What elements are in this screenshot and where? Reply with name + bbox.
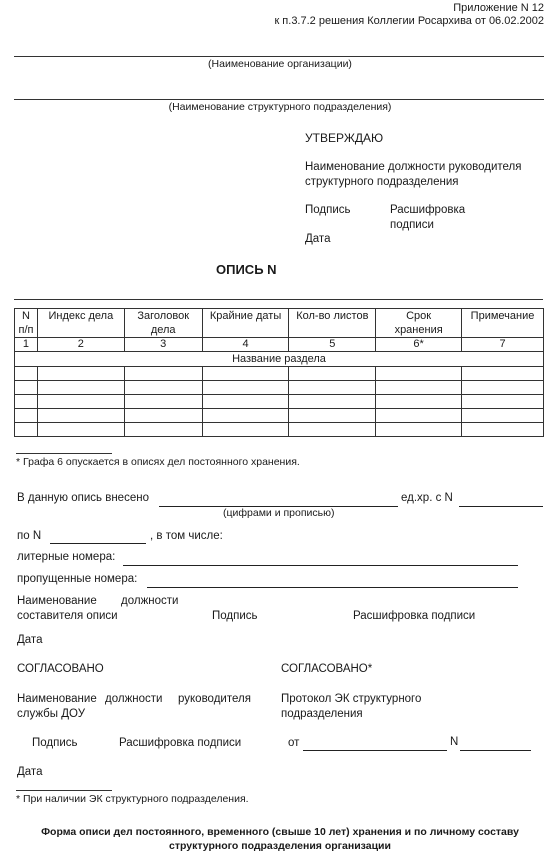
approve-position-line2: структурного подразделения bbox=[305, 176, 458, 188]
compiler-date-label: Дата bbox=[17, 634, 42, 646]
protocol-date-field[interactable] bbox=[303, 738, 447, 751]
table-cell[interactable] bbox=[462, 409, 544, 423]
table-cell[interactable] bbox=[15, 423, 38, 437]
agreed-left-pos-line2: службы ДОУ bbox=[17, 708, 85, 720]
table-cell[interactable] bbox=[15, 409, 38, 423]
footnote-column6: * Графа 6 опускается в описях дел постоя… bbox=[16, 456, 300, 468]
table-cell[interactable] bbox=[37, 409, 124, 423]
agreed-left-pos-word2: должности bbox=[105, 693, 162, 705]
table-cell[interactable] bbox=[15, 381, 38, 395]
compiler-position-word1: Наименование bbox=[17, 595, 97, 607]
including-label: , в том числе: bbox=[150, 530, 223, 542]
agreed-left-signature-label: Подпись bbox=[32, 737, 78, 749]
units-from-label: ед.хр. с N bbox=[401, 492, 453, 504]
table-cell[interactable] bbox=[462, 395, 544, 409]
missed-numbers-field[interactable] bbox=[147, 575, 518, 588]
table-cell[interactable] bbox=[15, 395, 38, 409]
compiler-position-word2: должности bbox=[121, 595, 178, 607]
unit-name-caption: (Наименование структурного подразделения… bbox=[0, 101, 560, 113]
table-cell[interactable] bbox=[124, 409, 202, 423]
table-cell[interactable] bbox=[202, 381, 289, 395]
compiler-position-line2: составителя описи bbox=[17, 610, 118, 622]
agreed-left-pos-word1: Наименование bbox=[17, 693, 97, 705]
column-number: 4 bbox=[202, 338, 289, 352]
table-cell[interactable] bbox=[289, 423, 376, 437]
footnote-separator bbox=[16, 453, 112, 454]
table-cell[interactable] bbox=[202, 409, 289, 423]
column-number: 1 bbox=[15, 338, 38, 352]
protocol-number-label: N bbox=[450, 736, 458, 748]
document-title: ОПИСЬ N bbox=[216, 262, 277, 277]
table-cell[interactable] bbox=[124, 367, 202, 381]
table-cell[interactable] bbox=[15, 367, 38, 381]
table-cell[interactable] bbox=[202, 395, 289, 409]
protocol-line2: подразделения bbox=[281, 708, 363, 720]
to-number-label: по N bbox=[17, 530, 41, 542]
table-cell[interactable] bbox=[376, 367, 462, 381]
column-number: 2 bbox=[37, 338, 124, 352]
table-header-row: Nп/п Индекс дела Заголовокдела Крайние д… bbox=[15, 309, 544, 338]
appendix-reference: к п.3.7.2 решения Коллегии Росархива от … bbox=[274, 15, 544, 27]
section-row: Название раздела bbox=[15, 352, 544, 367]
agreed-left-title: СОГЛАСОВАНО bbox=[17, 663, 104, 675]
table-row bbox=[15, 381, 544, 395]
table-cell[interactable] bbox=[124, 381, 202, 395]
section-title: Название раздела bbox=[15, 352, 544, 367]
empty-rows bbox=[15, 367, 544, 437]
table-cell[interactable] bbox=[37, 423, 124, 437]
agreed-left-decoding-label: Расшифровка подписи bbox=[119, 737, 241, 749]
approve-date-label: Дата bbox=[305, 233, 330, 245]
table-cell[interactable] bbox=[37, 395, 124, 409]
entered-caption: (цифрами и прописью) bbox=[223, 507, 335, 519]
table-cell[interactable] bbox=[376, 381, 462, 395]
column-number: 7 bbox=[462, 338, 544, 352]
entered-label: В данную опись внесено bbox=[17, 492, 149, 504]
title-underline bbox=[14, 299, 543, 300]
column-number: 6* bbox=[376, 338, 462, 352]
table-cell[interactable] bbox=[462, 367, 544, 381]
table-row bbox=[15, 367, 544, 381]
approve-position-line1: Наименование должности руководителя bbox=[305, 161, 521, 173]
inventory-table: Nп/п Индекс дела Заголовокдела Крайние д… bbox=[14, 308, 544, 437]
entered-count-field[interactable] bbox=[159, 494, 398, 507]
table-cell[interactable] bbox=[124, 395, 202, 409]
form-title-line1: Форма описи дел постоянного, временного … bbox=[0, 826, 560, 838]
approve-signature-label: Подпись bbox=[305, 204, 351, 216]
missed-numbers-label: пропущенные номера: bbox=[17, 573, 137, 585]
protocol-number-field[interactable] bbox=[460, 738, 531, 751]
table-cell[interactable] bbox=[376, 423, 462, 437]
table-row bbox=[15, 409, 544, 423]
table-cell[interactable] bbox=[376, 409, 462, 423]
table-cell[interactable] bbox=[202, 423, 289, 437]
units-from-field[interactable] bbox=[459, 494, 543, 507]
table-cell[interactable] bbox=[462, 423, 544, 437]
table-cell[interactable] bbox=[202, 367, 289, 381]
unit-name-line[interactable] bbox=[14, 99, 544, 100]
table-cell[interactable] bbox=[289, 367, 376, 381]
protocol-from-label: от bbox=[288, 737, 299, 749]
footnote2-separator bbox=[16, 790, 112, 791]
table-cell[interactable] bbox=[376, 395, 462, 409]
footnote-ek: * При наличии ЭК структурного подразделе… bbox=[16, 793, 249, 805]
protocol-line1: Протокол ЭК структурного bbox=[281, 693, 421, 705]
table-cell[interactable] bbox=[37, 381, 124, 395]
agreed-right-title: СОГЛАСОВАНО* bbox=[281, 663, 372, 675]
table-cell[interactable] bbox=[124, 423, 202, 437]
agreed-left-pos-word3: руководителя bbox=[178, 693, 251, 705]
table-cell[interactable] bbox=[289, 409, 376, 423]
header-cell-index: Индекс дела bbox=[37, 309, 124, 338]
table-cell[interactable] bbox=[289, 395, 376, 409]
table-row bbox=[15, 395, 544, 409]
column-number: 3 bbox=[124, 338, 202, 352]
column-number-row: 1 2 3 4 5 6* 7 bbox=[15, 338, 544, 352]
table-cell[interactable] bbox=[462, 381, 544, 395]
org-name-line[interactable] bbox=[14, 56, 544, 57]
header-cell-number: Nп/п bbox=[15, 309, 38, 338]
appendix-label: Приложение N 12 bbox=[453, 2, 544, 14]
agreed-left-date-label: Дата bbox=[17, 766, 42, 778]
header-cell-note: Примечание bbox=[462, 309, 544, 338]
to-number-field[interactable] bbox=[50, 531, 146, 544]
header-cell-dates: Крайние даты bbox=[202, 309, 289, 338]
org-name-caption: (Наименование организации) bbox=[0, 58, 560, 70]
header-cell-storage: Срокхранения bbox=[376, 309, 462, 338]
letter-numbers-field[interactable] bbox=[123, 553, 518, 566]
table-cell[interactable] bbox=[37, 367, 124, 381]
approve-decoding-line1: Расшифровка bbox=[390, 204, 465, 216]
table-row bbox=[15, 423, 544, 437]
compiler-signature-label: Подпись bbox=[212, 610, 258, 622]
approve-title: УТВЕРЖДАЮ bbox=[305, 131, 383, 145]
compiler-decoding-label: Расшифровка подписи bbox=[353, 610, 475, 622]
approve-decoding-line2: подписи bbox=[390, 219, 434, 231]
header-cell-title: Заголовокдела bbox=[124, 309, 202, 338]
letter-numbers-label: литерные номера: bbox=[17, 551, 115, 563]
column-number: 5 bbox=[289, 338, 376, 352]
form-title-line2: структурного подразделения организации bbox=[0, 840, 560, 852]
header-cell-sheets: Кол-во листов bbox=[289, 309, 376, 338]
table-cell[interactable] bbox=[289, 381, 376, 395]
